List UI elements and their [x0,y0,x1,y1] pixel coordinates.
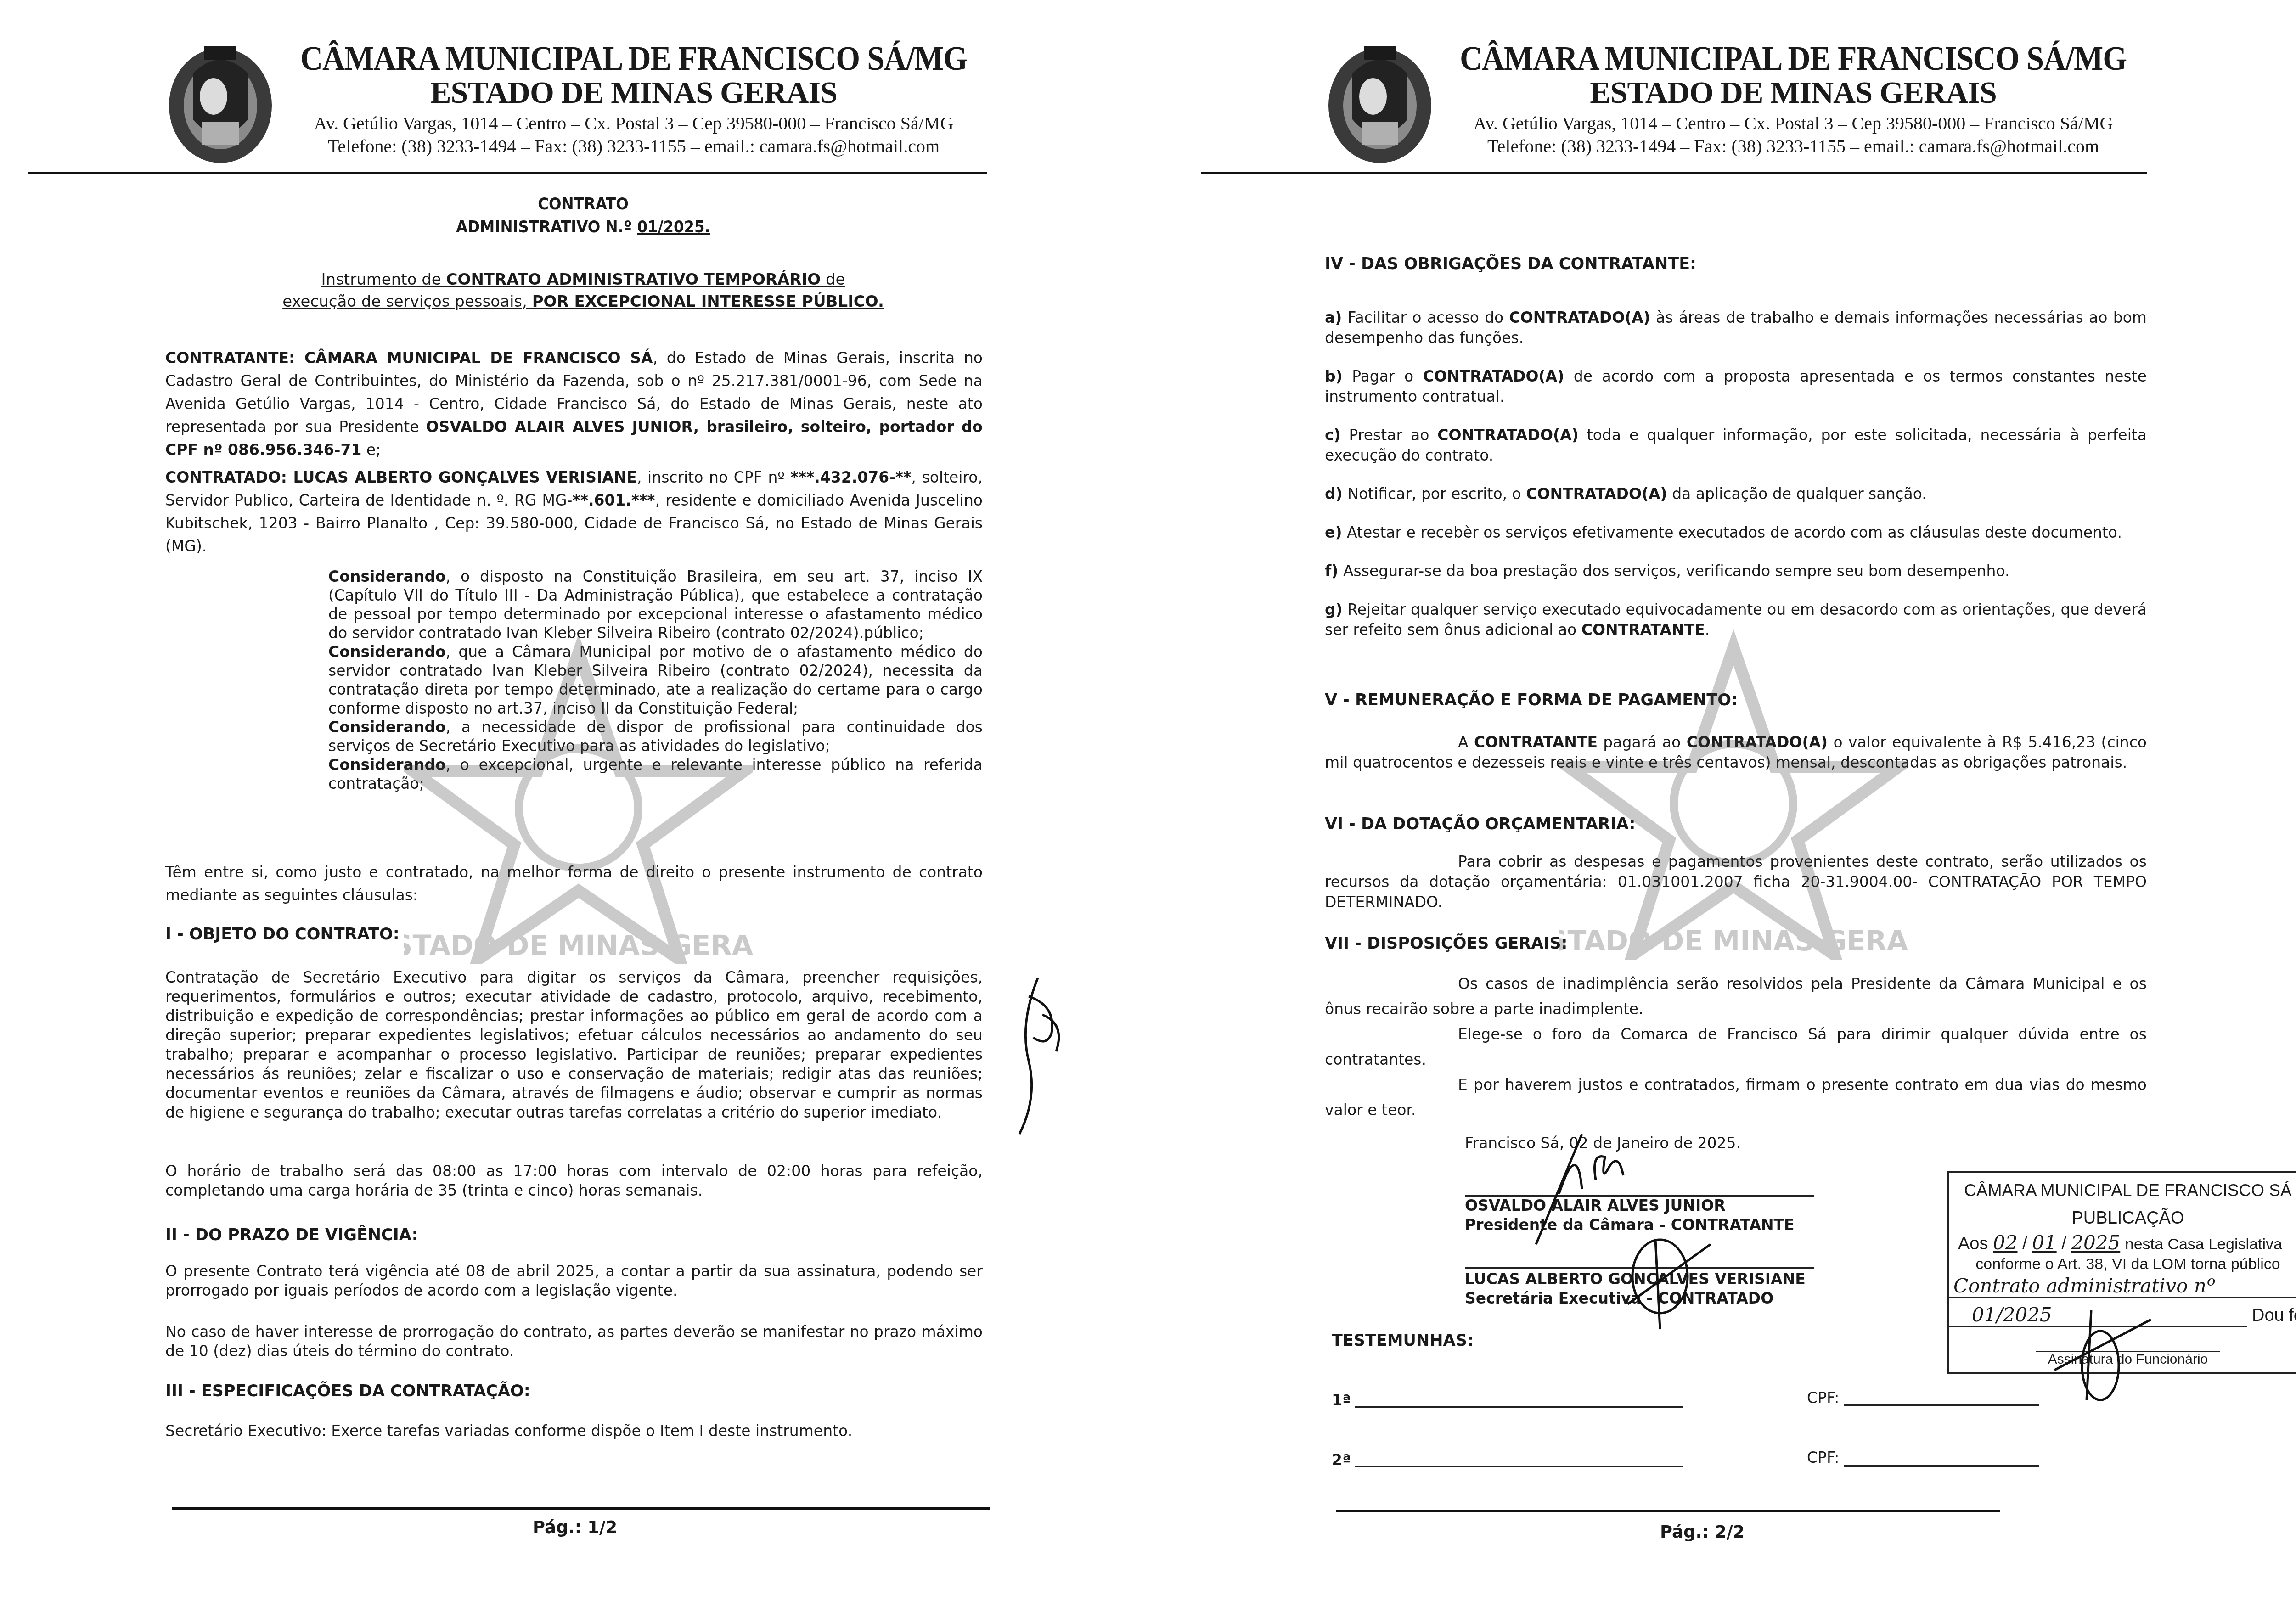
initials-signature-icon [1001,969,1079,1143]
obligation-letter: f) [1325,562,1338,580]
letterhead: CÂMARA MUNICIPAL DE FRANCISCO SÁ/MG ESTA… [1325,41,2147,174]
title-line-1: CONTRATO [165,193,1001,216]
payment-bold: CONTRATADO(A) [1687,733,1828,751]
obligation-text: . [1705,621,1710,639]
witness-1-cpf-label: CPF: [1807,1389,1839,1407]
instrument-text: execução de serviços pessoais, [282,292,532,311]
general-provision: Elege-se o foro da Comarca de Francisco … [1325,1022,2147,1072]
stamp-title: PUBLICAÇÃO [1949,1208,2296,1228]
obligation-bold: CONTRATADO(A) [1526,485,1667,503]
stamp-dou-fe: Dou fé [1949,1306,2296,1326]
obligation-letter: b) [1325,367,1343,385]
municipal-crest-icon [165,41,276,165]
witness-2-cpf-line[interactable] [1844,1465,2039,1467]
contract-page-1: CÂMARA MUNICIPAL DE FRANCISCO SÁ/MG ESTA… [0,0,1159,1607]
payment-text: A [1458,733,1474,751]
obligation-text: da aplicação de qualquer sanção. [1667,485,1927,503]
section-5-heading: V - REMUNERAÇÃO E FORMA DE PAGAMENTO: [1325,691,2147,709]
page-number: Pág.: 1/2 [533,1517,617,1537]
stamp-conforme: conforme o Art. 38, VI da LOM torna públ… [1949,1255,2296,1273]
obligation-text: Facilitar o acesso do [1342,309,1509,326]
stamp-year: 2025 [2071,1231,2120,1254]
obligation-letter: e) [1325,523,1342,541]
section-6-text: Para cobrir as despesas e pagamentos pro… [1325,852,2147,912]
contratado-label: CONTRATADO: LUCAS ALBERTO GONÇALVES VERI… [165,468,637,486]
obligation-text: Pagar o [1343,367,1423,385]
obligation-letter: g) [1325,601,1343,618]
section-1-text: Contratação de Secretário Executivo para… [165,968,983,1122]
contratado-cpf: ***.432.076-** [791,468,912,486]
footer-divider [172,1507,990,1510]
contratante-end: e; [361,441,381,459]
letterhead-subtitle: ESTADO DE MINAS GERAIS [280,75,987,109]
considerando-label: Considerando [328,568,446,585]
letterhead-contact: Telefone: (38) 3233-1494 – Fax: (38) 323… [280,135,987,158]
publication-stamp: CÂMARA MUNICIPAL DE FRANCISCO SÁ PUBLICA… [1947,1171,2296,1374]
section-2-heading: II - DO PRAZO DE VIGÊNCIA: [165,1226,983,1244]
letterhead-title: CÂMARA MUNICIPAL DE FRANCISCO SÁ/MG [1440,40,2147,77]
section-7-heading: VII - DISPOSIÇÕES GERAIS: [1325,934,2147,953]
footer-divider [1336,1510,2000,1512]
contratante-paragraph: CONTRATANTE: CÂMARA MUNICIPAL DE FRANCIS… [165,347,983,461]
obligation-text: Prestar ao [1341,426,1438,444]
letterhead-contact: Telefone: (38) 3233-1494 – Fax: (38) 323… [1440,135,2147,158]
considerandos: Considerando, o disposto na Constituição… [328,567,983,793]
letterhead-text: CÂMARA MUNICIPAL DE FRANCISCO SÁ/MG ESTA… [280,41,987,158]
contratado-rg: **.601.*** [572,491,655,509]
obligation-letter: a) [1325,309,1342,326]
obligation-item: g) Rejeitar qualquer serviço executado e… [1325,600,2147,640]
payment-text: pagará ao [1598,733,1687,751]
obligation-text: Atestar e recebèr os serviços efetivamen… [1342,523,2122,541]
contract-page-2: CÂMARA MUNICIPAL DE FRANCISCO SÁ/MG ESTA… [1159,0,2296,1607]
witness-1-label: 1ª [1332,1391,1351,1409]
witness-1-line[interactable] [1355,1406,1683,1408]
municipal-crest-icon [1325,41,1435,165]
obligation-bold: CONTRATANTE [1581,621,1705,639]
title-prefix: ADMINISTRATIVO N.º [456,218,637,236]
contratado-paragraph: CONTRATADO: LUCAS ALBERTO GONÇALVES VERI… [165,466,983,558]
obligation-item: c) Prestar ao CONTRATADO(A) toda e qualq… [1325,425,2147,466]
letterhead-text: CÂMARA MUNICIPAL DE FRANCISCO SÁ/MG ESTA… [1440,41,2147,158]
section-7-text: Os casos de inadimplência serão resolvid… [1325,971,2147,1123]
work-hours-text: O horário de trabalho será das 08:00 as … [165,1162,983,1200]
tem-entre-si-paragraph: Têm entre si, como justo e contratado, n… [165,861,983,907]
obligations-list: a) Facilitar o acesso do CONTRATADO(A) à… [1325,308,2147,640]
letterhead: CÂMARA MUNICIPAL DE FRANCISCO SÁ/MG ESTA… [165,41,987,174]
obligation-item: a) Facilitar o acesso do CONTRATADO(A) à… [1325,308,2147,348]
witness-2-label: 2ª [1332,1451,1351,1469]
section-2-text: O presente Contrato terá vigência até 08… [165,1262,983,1300]
obligation-bold: CONTRATADO(A) [1423,367,1564,385]
contract-title: CONTRATO ADMINISTRATIVO N.º 01/2025. [165,193,1001,239]
obligation-bold: CONTRATADO(A) [1509,309,1650,326]
contract-number: 01/2025. [637,218,710,236]
signer-2: LUCAS ALBERTO GONÇALVES VERISIANE Secret… [1465,1270,1806,1308]
obligation-item: e) Atestar e recebèr os serviços efetiva… [1325,523,2147,543]
signer-2-role: Secretária Executiva - CONTRATADO [1465,1289,1806,1308]
instrument-text: de [821,270,845,289]
witness-2-line[interactable] [1355,1466,1683,1467]
signer-1-name: OSVALDO ALAIR ALVES JUNIOR [1465,1196,1795,1215]
instrument-text: Instrumento de [321,270,446,289]
letterhead-divider [1201,172,2147,174]
instrument-bold: CONTRATO ADMINISTRATIVO TEMPORÁRIO [446,270,821,289]
obligation-item: f) Assegurar-se da boa prestação dos ser… [1325,561,2147,581]
obligation-bold: CONTRATADO(A) [1437,426,1578,444]
stamp-handwritten-contract: Contrato administrativo nº [1949,1275,2296,1298]
considerando-label: Considerando [328,718,446,736]
obligation-text: Notificar, por escrito, o [1343,485,1526,503]
title-line-2: ADMINISTRATIVO N.º 01/2025. [165,216,1001,239]
contratado-text: , inscrito no CPF nº [637,468,791,486]
section-5-text: A CONTRATANTE pagará ao CONTRATADO(A) o … [1325,732,2147,773]
instrument-description: Instrumento de CONTRATO ADMINISTRATIVO T… [165,269,1001,313]
section-6-heading: VI - DA DOTAÇÃO ORÇAMENTARIA: [1325,815,2147,833]
witness-1-cpf-line[interactable] [1844,1404,2039,1406]
considerando-item: Considerando, o excepcional, urgente e r… [328,755,983,793]
stamp-casa: nesta Casa Legislativa [2125,1236,2282,1253]
obligation-letter: c) [1325,426,1341,444]
obligation-letter: d) [1325,485,1343,503]
letterhead-address: Av. Getúlio Vargas, 1014 – Centro – Cx. … [1440,112,2147,135]
letterhead-title: CÂMARA MUNICIPAL DE FRANCISCO SÁ/MG [280,40,987,77]
signer-1-role: Presidente da Câmara - CONTRATANTE [1465,1215,1795,1235]
obligation-text: Rejeitar qualquer serviço executado equi… [1325,601,2147,639]
considerando-label: Considerando [328,756,446,774]
stamp-date-line: Aos 02 / 01 / 2025 nesta Casa Legislativ… [1949,1231,2296,1254]
obligation-text: Assegurar-se da boa prestação dos serviç… [1338,562,2009,580]
stamp-aos: Aos [1958,1234,1988,1253]
witnesses-label: TESTEMUNHAS: [1332,1332,1474,1350]
section-1-heading: I - OBJETO DO CONTRATO: [165,925,983,944]
witness-2-cpf-label: CPF: [1807,1449,1839,1467]
considerando-item: Considerando, que a Câmara Municipal por… [328,642,983,718]
considerando-item: Considerando, a necessidade de dispor de… [328,718,983,755]
letterhead-address: Av. Getúlio Vargas, 1014 – Centro – Cx. … [280,112,987,135]
payment-bold: CONTRATANTE [1474,733,1598,751]
letterhead-divider [28,172,987,174]
section-2-extension-text: No caso de haver interesse de prorrogaçã… [165,1322,983,1361]
stamp-signature-label: Assinatura do Funcionário [1949,1352,2296,1367]
date-line: Francisco Sá, 02 de Janeiro de 2025. [1465,1132,1741,1155]
signer-2-name: LUCAS ALBERTO GONÇALVES VERISIANE [1465,1270,1806,1289]
obligation-item: d) Notificar, por escrito, o CONTRATADO(… [1325,484,2147,504]
letterhead-subtitle: ESTADO DE MINAS GERAIS [1440,75,2147,109]
stamp-month: 01 [2032,1231,2056,1254]
section-3-heading: III - ESPECIFICAÇÕES DA CONTRATAÇÃO: [165,1382,983,1400]
obligation-item: b) Pagar o CONTRATADO(A) de acordo com a… [1325,366,2147,407]
section-3-text: Secretário Executivo: Exerce tarefas var… [165,1420,983,1443]
stamp-day: 02 [1993,1231,2017,1254]
general-provision: E por haverem justos e contratados, firm… [1325,1072,2147,1123]
stamp-header: CÂMARA MUNICIPAL DE FRANCISCO SÁ [1949,1181,2296,1200]
instrument-bold: POR EXCEPCIONAL INTERESSE PÚBLICO. [532,292,884,311]
page-number: Pág.: 2/2 [1660,1522,1745,1542]
signature-line-2 [1465,1267,1814,1269]
signer-1: OSVALDO ALAIR ALVES JUNIOR Presidente da… [1465,1196,1795,1235]
considerando-item: Considerando, o disposto na Constituição… [328,567,983,642]
section-4-heading: IV - DAS OBRIGAÇÕES DA CONTRATANTE: [1325,255,2147,273]
considerando-label: Considerando [328,643,446,661]
general-provision: Os casos de inadimplência serão resolvid… [1325,971,2147,1022]
contratante-label: CONTRATANTE: CÂMARA MUNICIPAL DE FRANCIS… [165,349,653,367]
